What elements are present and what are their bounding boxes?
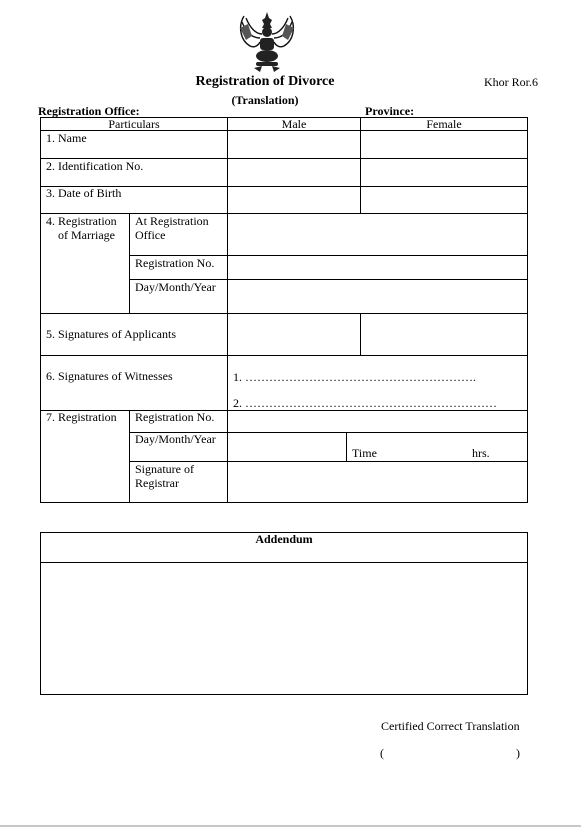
row-divider — [40, 355, 528, 356]
marriage-registration-no-field[interactable] — [228, 256, 527, 279]
addendum-title: Addendum — [40, 532, 528, 546]
female-dob-field[interactable] — [361, 187, 527, 213]
row-label-identification-no: 2. Identification No. — [46, 159, 143, 173]
garuda-emblem-icon — [236, 10, 298, 76]
addendum-border-right — [527, 532, 528, 695]
close-parenthesis: ) — [516, 746, 520, 760]
witness-1-line[interactable]: 1. …………………………………………………. — [233, 370, 476, 384]
time-label: Time — [352, 446, 377, 460]
row-label-signatures-of-applicants: 5. Signatures of Applicants — [46, 327, 176, 341]
male-signature-field[interactable] — [228, 314, 360, 355]
sub-label-registration-date: Day/Month/Year — [135, 432, 216, 446]
open-parenthesis: ( — [380, 746, 384, 760]
male-name-field[interactable] — [228, 131, 360, 158]
sub-label-marriage-date: Day/Month/Year — [135, 280, 216, 294]
column-divider — [129, 410, 130, 503]
addendum-content-area[interactable] — [41, 563, 527, 694]
marriage-date-field[interactable] — [228, 280, 527, 313]
row-label-date-of-birth: 3. Date of Birth — [46, 186, 121, 200]
document-subtitle: (Translation) — [150, 93, 380, 108]
female-name-field[interactable] — [361, 131, 527, 158]
table-border-right — [527, 117, 528, 503]
sub-label-marriage-registration-no: Registration No. — [135, 256, 214, 270]
male-dob-field[interactable] — [228, 187, 360, 213]
document-title: Registration of Divorce — [150, 74, 380, 90]
row-label-registration-of-marriage-2: of Marriage — [58, 228, 115, 242]
sub-label-signature-of-registrar-1: Signature of — [135, 462, 194, 476]
addendum-border-bottom — [40, 694, 528, 695]
registration-no-field[interactable] — [228, 411, 527, 432]
column-header-female: Female — [360, 117, 528, 131]
column-header-male: Male — [227, 117, 361, 131]
witness-2-line[interactable]: 2. ……………………………………………………… — [233, 396, 497, 410]
sub-label-at-registration-office-1: At Registration — [135, 214, 209, 228]
registrar-signature-field[interactable] — [228, 462, 527, 502]
row-label-registration: 7. Registration — [46, 410, 117, 424]
male-id-field[interactable] — [228, 159, 360, 186]
form-number: Khor Ror.6 — [484, 75, 538, 90]
column-header-particulars: Particulars — [40, 117, 228, 131]
sub-label-signature-of-registrar-2: Registrar — [135, 476, 179, 490]
marriage-office-field[interactable] — [228, 214, 527, 255]
certified-correct-translation: Certified Correct Translation — [381, 719, 520, 733]
column-divider — [346, 432, 347, 462]
table-border-left — [40, 117, 41, 503]
female-signature-field[interactable] — [361, 314, 527, 355]
row-label-registration-of-marriage-1: 4. Registration — [46, 214, 117, 228]
sub-label-at-registration-office-2: Office — [135, 228, 165, 242]
table-border-bottom — [40, 502, 528, 503]
row-label-name: 1. Name — [46, 131, 87, 145]
registration-date-field[interactable] — [228, 433, 346, 461]
translator-name-field[interactable] — [388, 745, 514, 761]
row-label-signatures-of-witnesses: 6. Signatures of Witnesses — [46, 369, 173, 383]
sub-label-registration-no: Registration No. — [135, 410, 214, 424]
female-id-field[interactable] — [361, 159, 527, 186]
hrs-label: hrs. — [472, 446, 490, 460]
column-divider — [129, 213, 130, 314]
